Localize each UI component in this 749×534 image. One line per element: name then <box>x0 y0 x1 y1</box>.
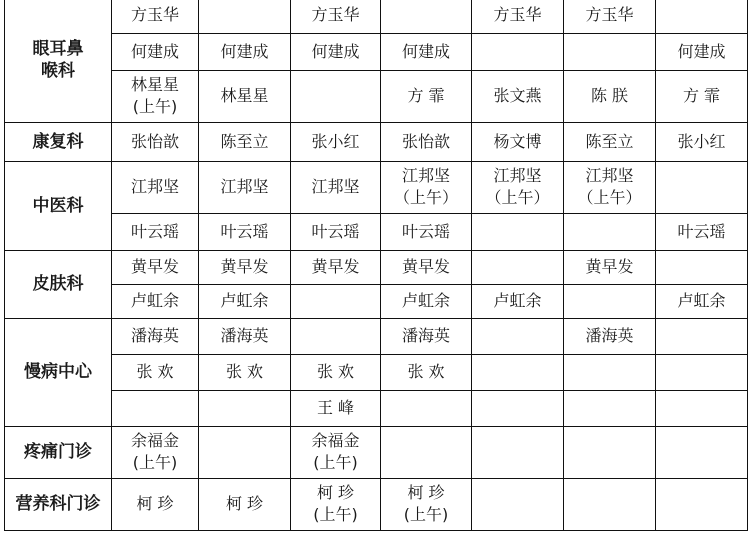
doctor-cell: 何建成 <box>656 33 748 70</box>
doctor-cell: 方 霏 <box>381 70 472 122</box>
table-row: 疼痛门诊余福金 (上午)余福金 (上午) <box>5 426 748 478</box>
doctor-cell: 方玉华 <box>472 0 564 33</box>
department-name: 皮肤科 <box>5 250 112 318</box>
doctor-cell: 叶云瑶 <box>656 213 748 250</box>
table-row: 康复科张怡歆陈至立张小红张怡歆杨文博陈至立张小红 <box>5 122 748 161</box>
doctor-cell: 张 欢 <box>381 354 472 390</box>
doctor-cell: 何建成 <box>291 33 381 70</box>
doctor-cell <box>381 390 472 426</box>
doctor-cell: 江邦坚 <box>199 161 291 213</box>
doctor-cell: 潘海英 <box>564 318 656 354</box>
doctor-cell <box>381 0 472 33</box>
table-row: 皮肤科黄早发黄早发黄早发黄早发黄早发 <box>5 250 748 284</box>
table-row: 中医科江邦坚江邦坚江邦坚江邦坚 （上午）江邦坚 （上午）江邦坚 （上午） <box>5 161 748 213</box>
doctor-cell <box>472 390 564 426</box>
doctor-cell <box>199 426 291 478</box>
doctor-cell: 江邦坚 （上午） <box>564 161 656 213</box>
doctor-cell <box>472 318 564 354</box>
table-row: 何建成何建成何建成何建成何建成 <box>5 33 748 70</box>
doctor-cell: 卢虹余 <box>112 284 199 318</box>
doctor-cell: 黄早发 <box>381 250 472 284</box>
doctor-cell: 张 欢 <box>112 354 199 390</box>
doctor-cell: 张文燕 <box>472 70 564 122</box>
doctor-cell <box>656 161 748 213</box>
doctor-cell: 陈 朕 <box>564 70 656 122</box>
doctor-cell: 卢虹余 <box>472 284 564 318</box>
department-name: 营养科门诊 <box>5 478 112 530</box>
doctor-cell: 潘海英 <box>112 318 199 354</box>
table-row: 叶云瑶叶云瑶叶云瑶叶云瑶叶云瑶 <box>5 213 748 250</box>
doctor-cell: 叶云瑶 <box>199 213 291 250</box>
doctor-cell: 方玉华 <box>564 0 656 33</box>
doctor-cell: 卢虹余 <box>381 284 472 318</box>
doctor-cell: 林星星 <box>199 70 291 122</box>
doctor-cell: 陈至立 <box>564 122 656 161</box>
doctor-cell: 方玉华 <box>291 0 381 33</box>
doctor-cell: 卢虹余 <box>199 284 291 318</box>
doctor-cell <box>656 390 748 426</box>
doctor-cell <box>656 354 748 390</box>
doctor-cell: 何建成 <box>112 33 199 70</box>
doctor-cell <box>656 478 748 530</box>
table-row: 慢病中心潘海英潘海英潘海英潘海英 <box>5 318 748 354</box>
doctor-cell <box>564 33 656 70</box>
doctor-cell <box>291 284 381 318</box>
doctor-cell <box>472 478 564 530</box>
doctor-cell: 柯 珍 (上午) <box>291 478 381 530</box>
doctor-cell: 江邦坚 （上午） <box>381 161 472 213</box>
doctor-cell <box>656 426 748 478</box>
doctor-cell: 江邦坚 <box>112 161 199 213</box>
doctor-cell: 叶云瑶 <box>381 213 472 250</box>
doctor-cell <box>656 318 748 354</box>
doctor-cell: 张怡歆 <box>381 122 472 161</box>
doctor-cell: 何建成 <box>381 33 472 70</box>
doctor-cell: 卢虹余 <box>656 284 748 318</box>
doctor-cell <box>199 390 291 426</box>
doctor-cell <box>564 213 656 250</box>
doctor-cell <box>472 426 564 478</box>
doctor-cell: 柯 珍 (上午) <box>381 478 472 530</box>
department-name: 眼耳鼻 喉科 <box>5 0 112 122</box>
doctor-cell <box>291 318 381 354</box>
doctor-cell <box>291 70 381 122</box>
doctor-cell <box>564 478 656 530</box>
doctor-cell: 余福金 (上午) <box>291 426 381 478</box>
doctor-cell: 柯 珍 <box>112 478 199 530</box>
department-name: 中医科 <box>5 161 112 250</box>
doctor-cell: 江邦坚 <box>291 161 381 213</box>
doctor-cell: 陈至立 <box>199 122 291 161</box>
doctor-cell: 方玉华 <box>112 0 199 33</box>
table-row: 营养科门诊柯 珍柯 珍柯 珍 (上午)柯 珍 (上午) <box>5 478 748 530</box>
doctor-cell <box>564 284 656 318</box>
doctor-cell: 张怡歆 <box>112 122 199 161</box>
doctor-cell: 黄早发 <box>564 250 656 284</box>
doctor-cell: 林星星 (上午) <box>112 70 199 122</box>
doctor-cell <box>199 0 291 33</box>
doctor-schedule-table: 眼耳鼻 喉科方玉华方玉华方玉华方玉华何建成何建成何建成何建成何建成林星星 (上午… <box>4 0 748 531</box>
doctor-cell <box>656 0 748 33</box>
doctor-cell <box>472 250 564 284</box>
department-name: 慢病中心 <box>5 318 112 426</box>
doctor-cell <box>564 390 656 426</box>
doctor-cell <box>564 354 656 390</box>
table-row: 王 峰 <box>5 390 748 426</box>
doctor-cell: 潘海英 <box>199 318 291 354</box>
doctor-cell: 柯 珍 <box>199 478 291 530</box>
doctor-cell: 叶云瑶 <box>112 213 199 250</box>
doctor-cell: 潘海英 <box>381 318 472 354</box>
doctor-cell <box>656 250 748 284</box>
doctor-cell <box>381 426 472 478</box>
doctor-cell <box>472 33 564 70</box>
table-row: 眼耳鼻 喉科方玉华方玉华方玉华方玉华 <box>5 0 748 33</box>
doctor-cell: 张小红 <box>291 122 381 161</box>
doctor-cell: 张 欢 <box>199 354 291 390</box>
doctor-cell <box>112 390 199 426</box>
doctor-cell: 王 峰 <box>291 390 381 426</box>
doctor-cell: 叶云瑶 <box>291 213 381 250</box>
doctor-cell: 何建成 <box>199 33 291 70</box>
table-row: 张 欢张 欢张 欢张 欢 <box>5 354 748 390</box>
doctor-cell: 黄早发 <box>199 250 291 284</box>
table-row: 卢虹余卢虹余卢虹余卢虹余卢虹余 <box>5 284 748 318</box>
doctor-cell <box>472 213 564 250</box>
doctor-cell <box>472 354 564 390</box>
doctor-cell: 张 欢 <box>291 354 381 390</box>
doctor-cell: 张小红 <box>656 122 748 161</box>
doctor-cell: 余福金 (上午) <box>112 426 199 478</box>
doctor-cell: 黄早发 <box>291 250 381 284</box>
table-row: 林星星 (上午)林星星方 霏张文燕陈 朕方 霏 <box>5 70 748 122</box>
doctor-cell: 方 霏 <box>656 70 748 122</box>
department-name: 康复科 <box>5 122 112 161</box>
department-name: 疼痛门诊 <box>5 426 112 478</box>
doctor-cell <box>564 426 656 478</box>
doctor-cell: 杨文博 <box>472 122 564 161</box>
doctor-cell: 黄早发 <box>112 250 199 284</box>
doctor-cell: 江邦坚 （上午） <box>472 161 564 213</box>
